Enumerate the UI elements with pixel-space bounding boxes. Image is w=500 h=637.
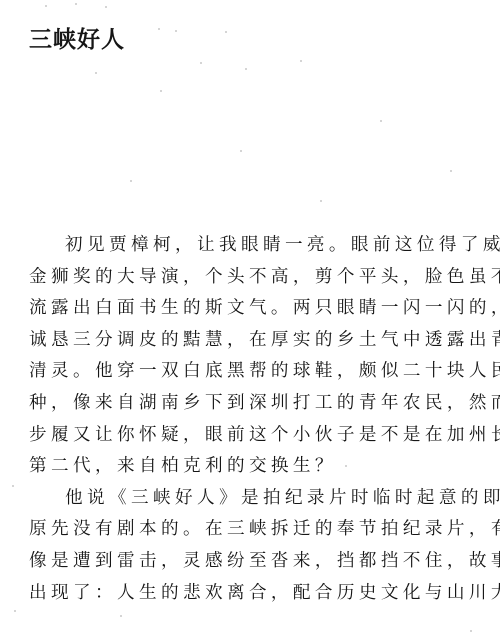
scan-speckle [450,170,452,172]
scan-speckle [225,31,227,33]
text-line: 种，像来自湖南乡下到深圳打工的青年农民，然而他轻快的 [29,388,475,420]
text-line: 第二代，来自柏克利的交换生？ [29,451,475,483]
scan-speckle [320,200,322,202]
text-line: 他说《三峡好人》是拍纪录片时临时起意的即兴作品， [29,483,475,515]
text-line: 初见贾樟柯，让我眼睛一亮。眼前这位得了威尼斯影展 [29,230,475,262]
text-line: 原先没有剧本的。在三峡拆迁的奉节拍纪录片，有一天突然 [29,514,475,546]
body-text: 初见贾樟柯，让我眼睛一亮。眼前这位得了威尼斯影展 金狮奖的大导演，个头不高，剪个… [29,230,475,609]
scan-speckle [105,6,107,8]
scan-speckle [160,90,162,92]
text-line: 清灵。他穿一双白底黑帮的球鞋，颇似二十块人民币上的那 [29,356,475,388]
scan-speckle [240,150,242,152]
text-line: 流露出白面书生的斯文气。两只眼睛一闪一闪的，闪着七分 [29,293,475,325]
text-line: 步履又让你怀疑，眼前这个小伙子是不是在加州长大的华裔 [29,420,475,452]
text-line: 诚恳三分调皮的黠慧，在厚实的乡土气中透露出青山绿水的 [29,325,475,357]
scanned-page: 三峡好人 初见贾樟柯，让我眼睛一亮。眼前这位得了威尼斯影展 金狮奖的大导演，个头… [0,0,500,637]
scan-speckle [120,615,122,617]
scan-speckle [12,485,14,487]
text-line: 金狮奖的大导演，个头不高，剪个平头，脸色虽不白皙，却 [29,262,475,294]
scan-speckle [300,60,302,62]
chapter-title: 三峡好人 [29,26,125,54]
scan-speckle [245,68,247,70]
text-line: 像是遭到雷击，灵感纷至沓来，挡都挡不住，故事的主线就 [29,546,475,578]
scan-speckle [158,28,160,30]
scan-speckle [200,62,202,64]
scan-speckle [45,5,47,7]
scan-speckle [470,630,472,632]
paragraph-1: 初见贾樟柯，让我眼睛一亮。眼前这位得了威尼斯影展 金狮奖的大导演，个头不高，剪个… [29,230,475,483]
scan-speckle [14,610,16,612]
scan-speckle [95,72,97,74]
scan-speckle [75,3,77,5]
scan-speckle [175,30,177,32]
paragraph-2: 他说《三峡好人》是拍纪录片时临时起意的即兴作品， 原先没有剧本的。在三峡拆迁的奉… [29,483,475,609]
scan-speckle [380,120,382,122]
text-line: 出现了：人生的悲欢离合，配合历史文化与山川大地的变迁， [29,578,475,610]
scan-speckle [130,180,132,182]
